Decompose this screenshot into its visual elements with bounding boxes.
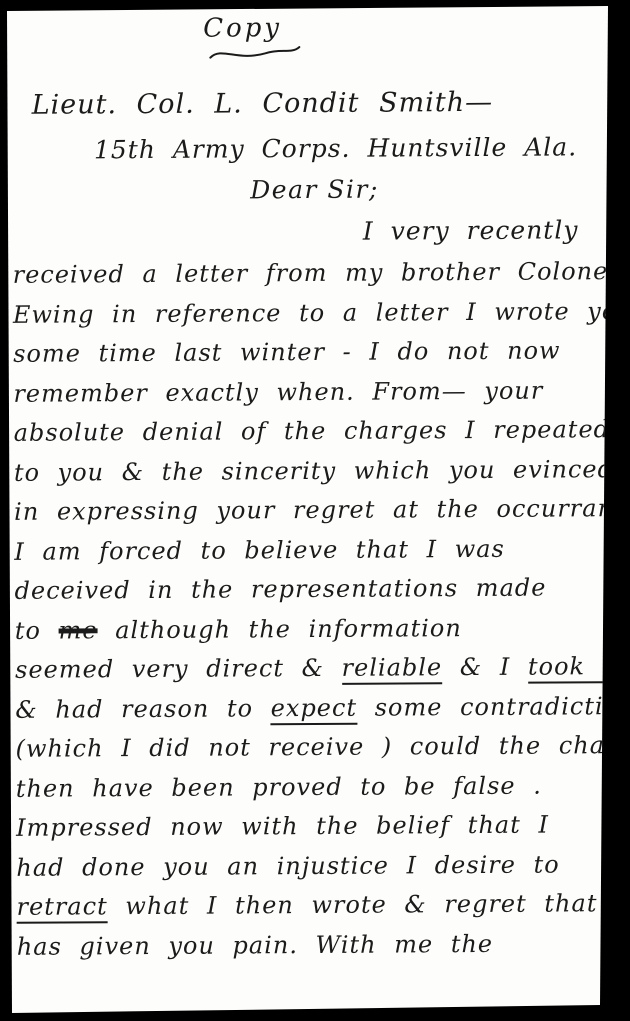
letter-line: seemed very direct & reliable & I took t… bbox=[15, 647, 611, 690]
letter-line: Impressed now with the belief that I bbox=[16, 805, 612, 848]
letter-body: received a letter from my brother Colone… bbox=[13, 252, 613, 967]
letter-text: deceived in the representations made bbox=[15, 574, 547, 605]
letter-line: had done you an injustice I desire to bbox=[16, 845, 612, 888]
letter-content: Copy Lieut. Col. L. Condit Smith— 15th A… bbox=[11, 10, 613, 967]
letter-text: some contradiction bbox=[357, 692, 630, 722]
letter-line: in expressing your regret at the occurra… bbox=[14, 489, 610, 532]
letter-text: I am forced to believe that I was bbox=[14, 534, 505, 565]
letter-line: received a letter from my brother Colone… bbox=[13, 252, 609, 295]
letter-line: absolute denial of the charges I repeate… bbox=[14, 410, 610, 453]
letter-line: some time last winter - I do not now bbox=[13, 331, 609, 374]
letter-text: had done you an injustice I desire to bbox=[16, 850, 560, 881]
letter-line: & had reason to expect some contradictio… bbox=[15, 687, 611, 730]
letter-line: to you & the sincerity which you evinced bbox=[14, 450, 610, 493]
letter-text: remember exactly when. From— your bbox=[13, 376, 543, 407]
scan-speck bbox=[0, 676, 7, 736]
letter-text: absolute denial of the charges I repeate… bbox=[14, 415, 610, 447]
letter-text: to bbox=[15, 616, 59, 644]
copy-heading: Copy bbox=[203, 10, 607, 44]
letter-text: although the information bbox=[97, 614, 461, 644]
letter-line: has given you pain. With me the bbox=[17, 924, 613, 967]
letter-text: & I bbox=[442, 653, 528, 682]
letter-text: then have been proved to be false . bbox=[16, 771, 542, 802]
letter-text: seemed very direct & bbox=[15, 654, 342, 684]
letter-text: some time last winter - I do not now bbox=[13, 336, 561, 367]
letter-text: Ewing in reference to a letter I wrote y… bbox=[13, 297, 630, 329]
paper: Copy Lieut. Col. L. Condit Smith— 15th A… bbox=[0, 0, 630, 1021]
letter-text: Impressed now with the belief that I bbox=[16, 811, 549, 842]
letter-text: in expressing your regret at the occurra… bbox=[14, 494, 630, 526]
letter-line: I am forced to believe that I was bbox=[14, 529, 610, 572]
letter-text: to you & the sincerity which you evinced bbox=[14, 455, 614, 487]
recipient-line-2: 15th Army Corps. Huntsville Ala. bbox=[94, 126, 608, 171]
recipient-line-1: Lieut. Col. L. Condit Smith— bbox=[32, 78, 608, 130]
letter-line: Ewing in reference to a letter I wrote y… bbox=[13, 292, 609, 335]
letter-text: received a letter from my brother Colone… bbox=[13, 257, 617, 289]
letter-line: retract what I then wrote & regret that … bbox=[16, 884, 612, 927]
underlined-text: reliable bbox=[342, 653, 443, 685]
underlined-text: retract bbox=[16, 892, 107, 924]
letter-line: (which I did not receive ) could the cha… bbox=[15, 726, 611, 769]
scan-speck bbox=[0, 368, 6, 416]
underlined-text: expect bbox=[271, 693, 358, 725]
letter-text: what I then wrote & regret that it bbox=[108, 889, 630, 920]
letter-line: deceived in the representations made bbox=[15, 568, 611, 611]
letter-text: has given you pain. With me the bbox=[17, 929, 493, 960]
underline-flourish bbox=[207, 42, 303, 65]
letter-text: & had reason to bbox=[15, 694, 270, 724]
opening-line: I very recently bbox=[12, 208, 608, 256]
letter-line: to me although the information bbox=[15, 608, 611, 651]
letter-text: (which I did not receive ) could the cha… bbox=[15, 731, 630, 763]
salutation: Dear Sir; bbox=[250, 168, 608, 210]
letter-line: then have been proved to be false . bbox=[16, 766, 612, 809]
letter-line: remember exactly when. From— your bbox=[13, 371, 609, 414]
underlined-text: took time bbox=[528, 652, 630, 684]
scanned-letter-page: Copy Lieut. Col. L. Condit Smith— 15th A… bbox=[0, 0, 630, 1021]
struck-text: me bbox=[59, 616, 98, 644]
